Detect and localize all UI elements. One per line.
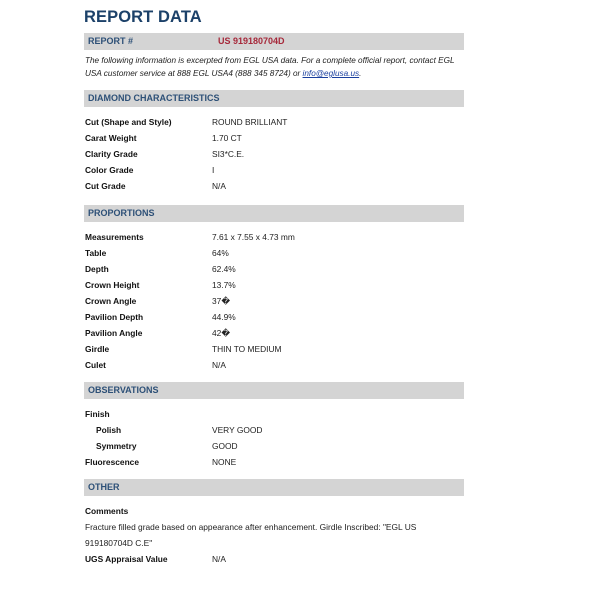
- row-label: Table: [84, 245, 212, 261]
- row-label: Polish: [84, 422, 212, 438]
- email-link[interactable]: info@eglusa.us: [303, 69, 360, 78]
- table-row: Color GradeI: [84, 162, 464, 178]
- diamond-rows: Cut (Shape and Style)ROUND BRILLIANTCara…: [84, 114, 464, 194]
- table-row: CuletN/A: [84, 357, 464, 373]
- table-row: Carat Weight1.70 CT: [84, 130, 464, 146]
- appraisal-value: N/A: [212, 551, 226, 567]
- finish-row: Finish: [84, 406, 464, 422]
- section-header-diamond: DIAMOND CHARACTERISTICS: [84, 90, 464, 107]
- row-label: Cut Grade: [84, 178, 212, 194]
- proportions-rows: Measurements7.61 x 7.55 x 4.73 mmTable64…: [84, 229, 464, 373]
- report-number-value: US 919180704D: [218, 33, 285, 50]
- row-value: VERY GOOD: [212, 422, 262, 438]
- observation-row: Fluorescence NONE: [84, 454, 464, 470]
- row-label: Fluorescence: [84, 454, 212, 470]
- row-value: 7.61 x 7.55 x 4.73 mm: [212, 229, 295, 245]
- appraisal-label: UGS Appraisal Value: [84, 551, 212, 567]
- intro-text: The following information is excerpted f…: [85, 56, 454, 78]
- row-value: ROUND BRILLIANT: [212, 114, 287, 130]
- row-label: Measurements: [84, 229, 212, 245]
- report-page: REPORT DATA REPORT # US 919180704D The f…: [84, 0, 464, 567]
- row-value: GOOD: [212, 438, 238, 454]
- other-rows: Comments Fracture filled grade based on …: [84, 503, 464, 567]
- table-row: Clarity GradeSI3*C.E.: [84, 146, 464, 162]
- row-label: Symmetry: [84, 438, 212, 454]
- row-value: I: [212, 162, 214, 178]
- row-value: SI3*C.E.: [212, 146, 244, 162]
- row-label: Cut (Shape and Style): [84, 114, 212, 130]
- row-value: 62.4%: [212, 261, 236, 277]
- finish-label: Finish: [84, 406, 212, 422]
- appraisal-row: UGS Appraisal Value N/A: [84, 551, 464, 567]
- row-value: NONE: [212, 454, 236, 470]
- row-label: Color Grade: [84, 162, 212, 178]
- row-label: Clarity Grade: [84, 146, 212, 162]
- table-row: GirdleTHIN TO MEDIUM: [84, 341, 464, 357]
- report-number-label: REPORT #: [88, 36, 133, 46]
- page-title: REPORT DATA: [84, 6, 464, 28]
- comments-text: Fracture filled grade based on appearanc…: [84, 519, 465, 551]
- table-row: Measurements7.61 x 7.55 x 4.73 mm: [84, 229, 464, 245]
- row-value: 42�: [212, 325, 230, 341]
- table-row: Table64%: [84, 245, 464, 261]
- table-row: Cut GradeN/A: [84, 178, 464, 194]
- row-value: THIN TO MEDIUM: [212, 341, 281, 357]
- row-label: Girdle: [84, 341, 212, 357]
- observation-row: Symmetry GOOD: [84, 438, 464, 454]
- row-value: 64%: [212, 245, 229, 261]
- table-row: Pavilion Depth44.9%: [84, 309, 464, 325]
- row-label: Pavilion Angle: [84, 325, 212, 341]
- section-header-other: OTHER: [84, 479, 464, 496]
- table-row: Crown Angle37�: [84, 293, 464, 309]
- row-label: Depth: [84, 261, 212, 277]
- row-value: 37�: [212, 293, 230, 309]
- row-value: 13.7%: [212, 277, 236, 293]
- comments-label: Comments: [84, 503, 212, 519]
- section-header-observations: OBSERVATIONS: [84, 382, 464, 399]
- row-label: Crown Height: [84, 277, 212, 293]
- intro-end: .: [359, 69, 361, 78]
- observations-rows: Finish Polish VERY GOOD Symmetry GOOD Fl…: [84, 406, 464, 470]
- comments-row: Comments: [84, 503, 464, 519]
- table-row: Pavilion Angle42�: [84, 325, 464, 341]
- table-row: Depth62.4%: [84, 261, 464, 277]
- table-row: Cut (Shape and Style)ROUND BRILLIANT: [84, 114, 464, 130]
- report-number-bar: REPORT # US 919180704D: [84, 33, 464, 50]
- observation-row: Polish VERY GOOD: [84, 422, 464, 438]
- row-label: Pavilion Depth: [84, 309, 212, 325]
- row-label: Culet: [84, 357, 212, 373]
- section-header-proportions: PROPORTIONS: [84, 205, 464, 222]
- row-label: Carat Weight: [84, 130, 212, 146]
- row-value: 1.70 CT: [212, 130, 242, 146]
- row-value: 44.9%: [212, 309, 236, 325]
- row-label: Crown Angle: [84, 293, 212, 309]
- row-value: N/A: [212, 357, 226, 373]
- table-row: Crown Height13.7%: [84, 277, 464, 293]
- intro-note: The following information is excerpted f…: [84, 54, 464, 80]
- row-value: N/A: [212, 178, 226, 194]
